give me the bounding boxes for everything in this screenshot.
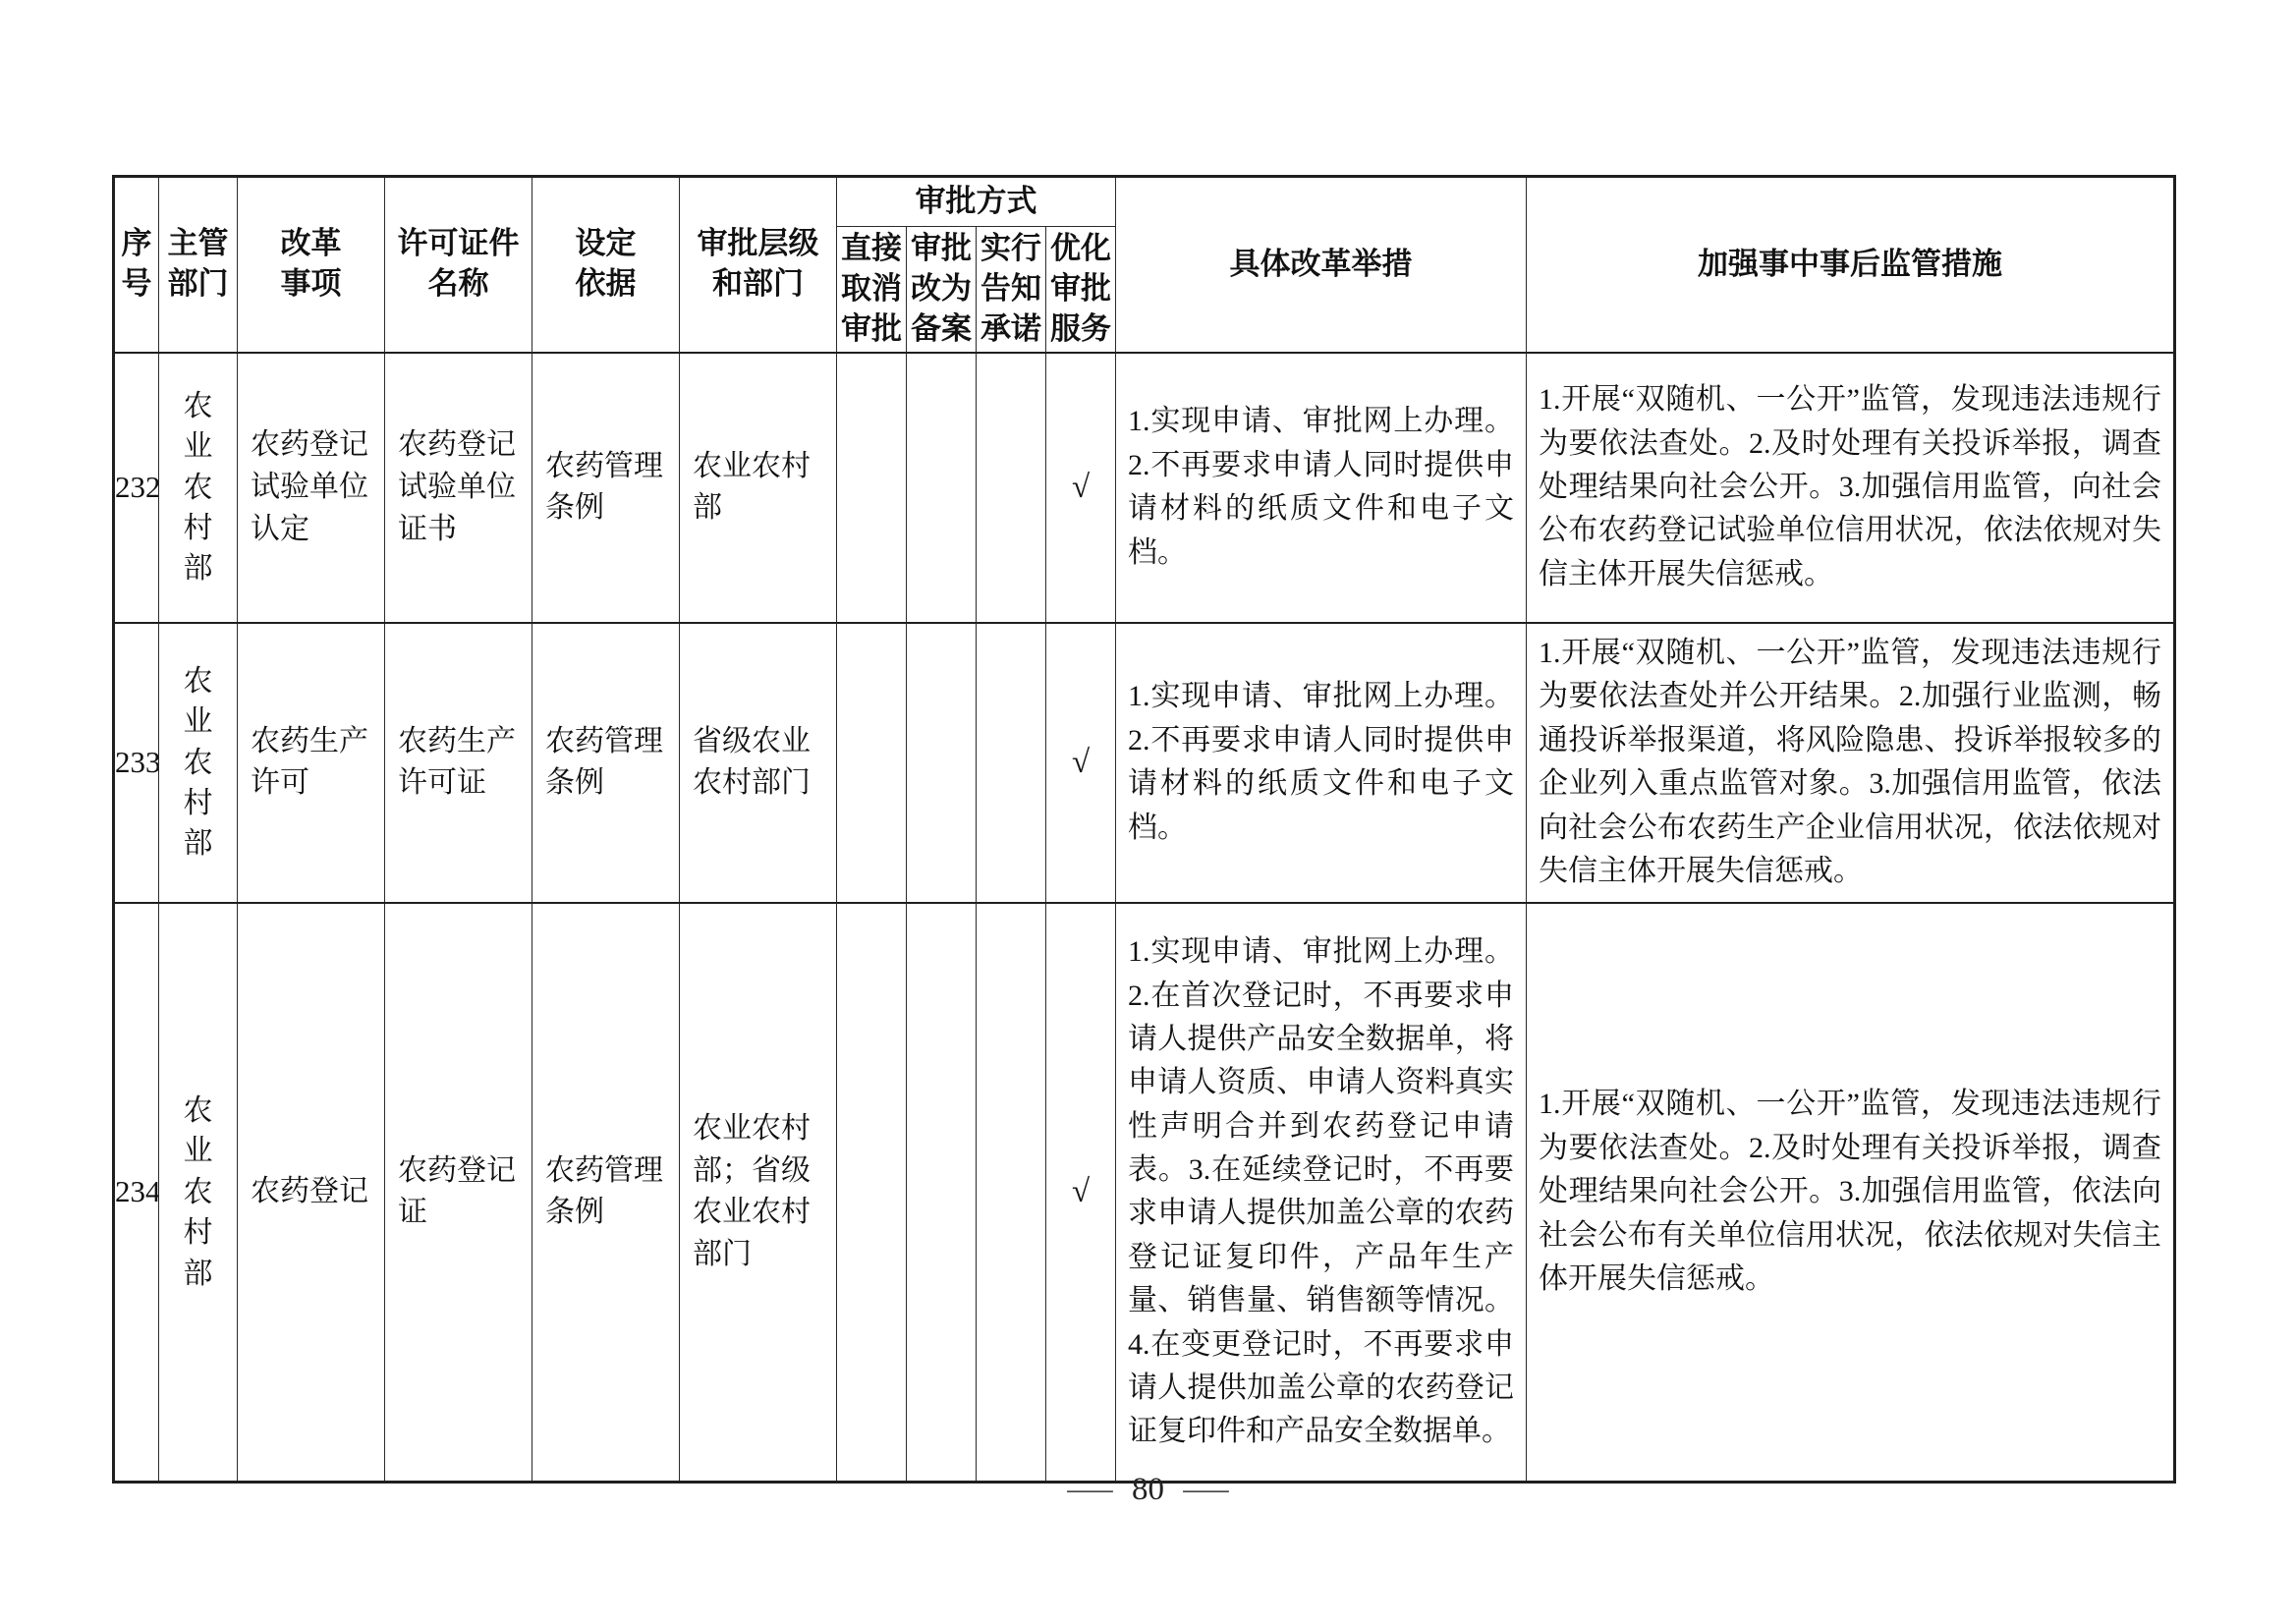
table-row-232: 232 农 业 农 村 部 农药登记试验单位认定 农药登记试验单位证书 农药管理… bbox=[114, 353, 2175, 623]
cell-notify-commitment bbox=[977, 623, 1046, 903]
header-license-name: 许可证件 名称 bbox=[385, 177, 532, 353]
cell-approval-level: 农业农村部 bbox=[680, 353, 837, 623]
header-row-group: 序 号 主管 部门 改革 事项 许可证件 名称 设定 依据 审批层级 和部门 审… bbox=[114, 177, 2175, 227]
header-to-filing: 审批 改为 备案 bbox=[907, 227, 977, 353]
reform-items-table: 序 号 主管 部门 改革 事项 许可证件 名称 设定 依据 审批层级 和部门 审… bbox=[112, 175, 2176, 1484]
cell-legal-basis: 农药管理条例 bbox=[532, 623, 680, 903]
header-notify-commitment: 实行 告知 承诺 bbox=[977, 227, 1046, 353]
header-department: 主管 部门 bbox=[159, 177, 238, 353]
cell-reform-item: 农药登记 bbox=[238, 903, 385, 1483]
cell-direct-cancel bbox=[837, 623, 907, 903]
header-serial: 序 号 bbox=[114, 177, 159, 353]
cell-legal-basis: 农药管理条例 bbox=[532, 353, 680, 623]
cell-reform-measures: 1.实现申请、审批网上办理。2.在首次登记时，不再要求申请人提供产品安全数据单，… bbox=[1116, 903, 1527, 1483]
cell-reform-measures: 1.实现申请、审批网上办理。2.不再要求申请人同时提供申请材料的纸质文件和电子文… bbox=[1116, 623, 1527, 903]
cell-serial: 234 bbox=[114, 903, 159, 1483]
cell-serial: 232 bbox=[114, 353, 159, 623]
footer-dash-left: — bbox=[1067, 1472, 1112, 1508]
header-reform-item: 改革 事项 bbox=[238, 177, 385, 353]
header-supervision-measures: 加强事中事后监管措施 bbox=[1527, 177, 2175, 353]
cell-supervision-measures: 1.开展“双随机、一公开”监管，发现违法违规行为要依法查处。2.及时处理有关投诉… bbox=[1527, 353, 2175, 623]
cell-notify-commitment bbox=[977, 903, 1046, 1483]
cell-approval-level: 省级农业农村部门 bbox=[680, 623, 837, 903]
cell-reform-item: 农药生产许可 bbox=[238, 623, 385, 903]
header-legal-basis: 设定 依据 bbox=[532, 177, 680, 353]
header-direct-cancel: 直接 取消 审批 bbox=[837, 227, 907, 353]
cell-to-filing bbox=[907, 353, 977, 623]
header-optimize-service: 优化 审批 服务 bbox=[1046, 227, 1116, 353]
checkmark-icon: √ bbox=[1046, 903, 1116, 1483]
cell-legal-basis: 农药管理条例 bbox=[532, 903, 680, 1483]
cell-department: 农 业 农 村 部 bbox=[159, 903, 238, 1483]
cell-serial: 233 bbox=[114, 623, 159, 903]
cell-license-name: 农药生产许可证 bbox=[385, 623, 532, 903]
checkmark-icon: √ bbox=[1046, 623, 1116, 903]
cell-license-name: 农药登记证 bbox=[385, 903, 532, 1483]
cell-license-name: 农药登记试验单位证书 bbox=[385, 353, 532, 623]
cell-to-filing bbox=[907, 623, 977, 903]
cell-direct-cancel bbox=[837, 353, 907, 623]
page-footer: —80— bbox=[0, 1472, 2296, 1508]
table-row-234: 234 农 业 农 村 部 农药登记 农药登记证 农药管理条例 农业农村部；省级… bbox=[114, 903, 2175, 1483]
cell-notify-commitment bbox=[977, 353, 1046, 623]
cell-approval-level: 农业农村部；省级农业农村部门 bbox=[680, 903, 837, 1483]
cell-reform-measures: 1.实现申请、审批网上办理。2.不再要求申请人同时提供申请材料的纸质文件和电子文… bbox=[1116, 353, 1527, 623]
header-approval-level: 审批层级 和部门 bbox=[680, 177, 837, 353]
header-approval-method-group: 审批方式 bbox=[837, 177, 1116, 227]
document-page: 序 号 主管 部门 改革 事项 许可证件 名称 设定 依据 审批层级 和部门 审… bbox=[0, 0, 2296, 1624]
page-number: 80 bbox=[1132, 1472, 1164, 1507]
cell-supervision-measures: 1.开展“双随机、一公开”监管，发现违法违规行为要依法查处。2.及时处理有关投诉… bbox=[1527, 903, 2175, 1483]
footer-dash-right: — bbox=[1183, 1472, 1228, 1508]
cell-direct-cancel bbox=[837, 903, 907, 1483]
cell-department: 农 业 农 村 部 bbox=[159, 623, 238, 903]
cell-department: 农 业 农 村 部 bbox=[159, 353, 238, 623]
cell-supervision-measures: 1.开展“双随机、一公开”监管，发现违法违规行为要依法查处并公开结果。2.加强行… bbox=[1527, 623, 2175, 903]
cell-reform-item: 农药登记试验单位认定 bbox=[238, 353, 385, 623]
table-row-233: 233 农 业 农 村 部 农药生产许可 农药生产许可证 农药管理条例 省级农业… bbox=[114, 623, 2175, 903]
checkmark-icon: √ bbox=[1046, 353, 1116, 623]
table-header: 序 号 主管 部门 改革 事项 许可证件 名称 设定 依据 审批层级 和部门 审… bbox=[114, 177, 2175, 353]
header-reform-measures: 具体改革举措 bbox=[1116, 177, 1527, 353]
cell-to-filing bbox=[907, 903, 977, 1483]
